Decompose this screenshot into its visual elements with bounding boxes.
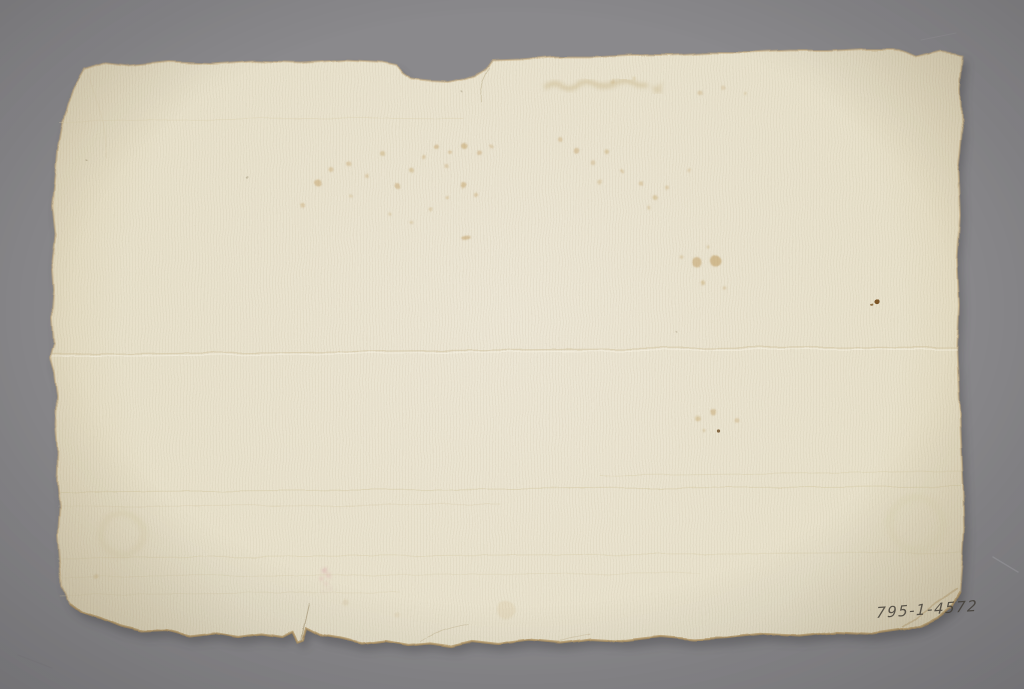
- photo-of-paper-verso: 795-1-4572: [0, 0, 1024, 689]
- photo-vignette: [0, 0, 1024, 689]
- scene-svg: 795-1-4572: [0, 0, 1024, 689]
